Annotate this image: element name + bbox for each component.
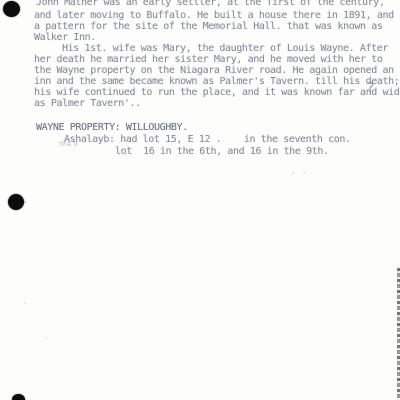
paragraph1-line: John Mather was an early settler, at the… (36, 0, 384, 8)
pencil-note: 'tha b (58, 141, 78, 148)
punch-hole-middle (8, 194, 24, 210)
paragraph2-line: inn and the same became known as Palmer'… (34, 76, 399, 87)
section-heading: WAYNE PROPERTY: WILLOUGHBY. (36, 122, 188, 133)
paper-speck (45, 337, 47, 339)
paper-speck (24, 302, 26, 304)
paragraph2-line: the Wayne property on the Niagara River … (34, 65, 394, 76)
property-line: lot 16 in the 6th, and 16 in the 9th. (115, 146, 329, 157)
paragraph2-line: His 1st. wife was Mary, the daughter of … (62, 43, 388, 54)
pencil-question-mark: ? (366, 81, 374, 96)
paragraph1-line: a pattern for the site of the Memorial H… (34, 21, 382, 32)
property-line: Ashalayb: had lot 15, E 12 . in the seve… (64, 134, 351, 145)
paragraph2-line: as Palmer Tavern'.. (34, 98, 141, 109)
paragraph2-line: his wife continued to run the place, and… (34, 87, 400, 98)
punch-hole-bottom (12, 394, 25, 400)
paragraph1-line: and later moving to Buffalo. He built a … (34, 10, 394, 21)
scanned-document-page: John Mather was an early settler, at the… (0, 0, 400, 400)
paper-speck (24, 201, 26, 203)
paragraph2-line: her death he married her sister Mary, an… (34, 54, 382, 65)
paragraph1-line: Walker Inn. (34, 32, 96, 43)
faint-dots: . . (290, 166, 307, 177)
punch-hole-top (3, 1, 20, 17)
